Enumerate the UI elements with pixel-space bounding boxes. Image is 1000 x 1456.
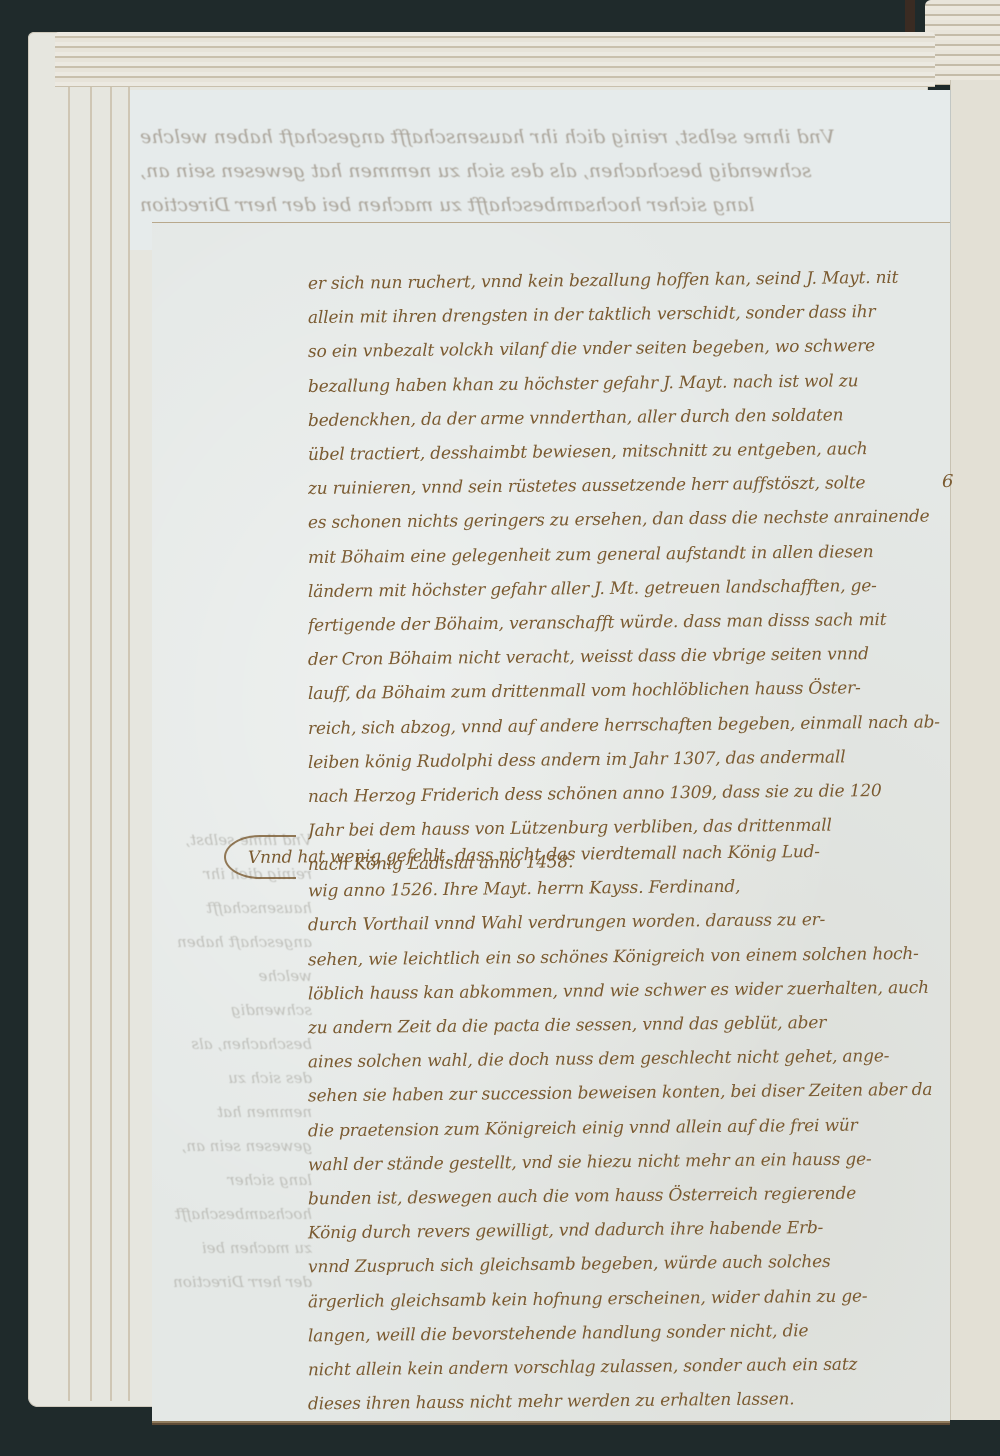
bleedthrough-line: lang sicher hochsambeschafft zu machen b…	[140, 188, 930, 222]
right-page-stack	[925, 0, 1000, 85]
page-edge-layer	[90, 38, 92, 1401]
bleedthrough-line: schwendig beschachen, als des sich zu ne…	[140, 154, 930, 188]
paragraph-2: Vnnd hat wenig gefehlt, dass nicht das v…	[248, 841, 948, 1422]
page-stack-top-edge	[55, 32, 935, 87]
right-facing-leaf	[950, 80, 1000, 1420]
bleedthrough-text: Vnd ihme selbst, reinig dich ihr hausens…	[140, 120, 930, 222]
paragraph-1: er sich nun ruchert, vnnd kein bezallung…	[308, 267, 948, 883]
page-edge-layer	[68, 38, 70, 1401]
text-line: dieses ihren hauss nicht mehr werden zu …	[248, 1381, 948, 1423]
bleedthrough-line: Vnd ihme selbst, reinig dich ihr hausens…	[140, 120, 930, 154]
manuscript-page: Vnd ihme selbst, reinig dich ihr hausens…	[152, 222, 950, 1423]
page-edge-layer	[110, 38, 112, 1401]
